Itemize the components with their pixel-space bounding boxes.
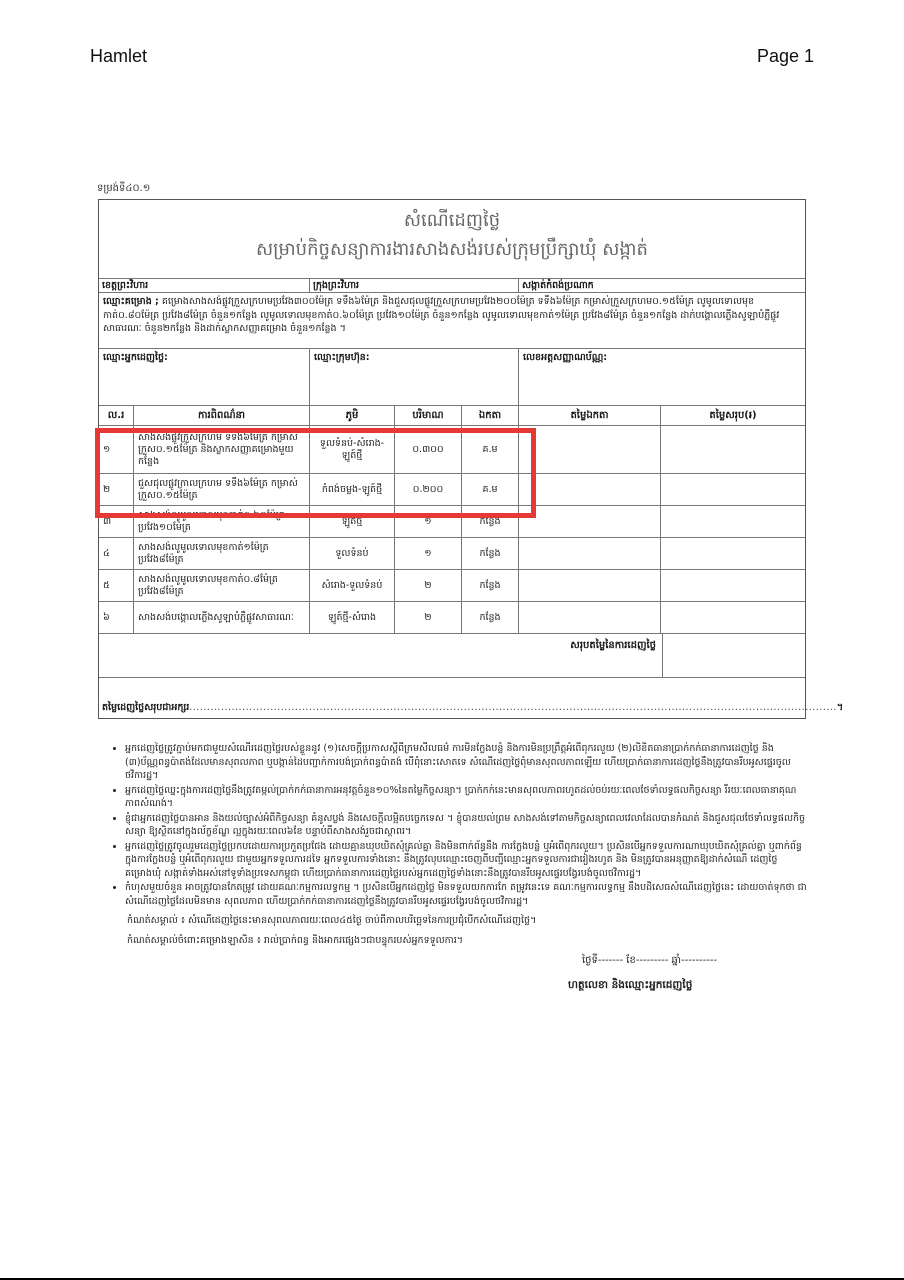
row-no: ២	[99, 474, 134, 505]
row-no: ៦	[99, 602, 134, 633]
note-item: អ្នកដេញថ្លៃឈ្នះក្នុងការដេញថ្លៃនឹងត្រូវតម…	[125, 784, 807, 811]
row-quantity: ០.២០០	[395, 474, 462, 505]
row-unit-price[interactable]	[519, 474, 661, 505]
table-row: ៦ សាងសង់បង្គោលភ្លើងសូឡាបំភ្លឺផ្លូវសាធារណ…	[99, 602, 805, 634]
col-unit-price: តម្លៃឯកតា	[519, 406, 661, 425]
row-unit: កន្លែង	[462, 538, 519, 569]
col-no: ល.រ	[99, 406, 134, 425]
row-unit-price[interactable]	[519, 506, 661, 537]
col-total: តម្លៃសរុប(៛)	[661, 406, 805, 425]
row-unit: កន្លែង	[462, 570, 519, 601]
bid-form: សំណើដេញថ្លៃ សម្រាប់កិច្ចសន្យាការងារសាងសង…	[98, 199, 806, 719]
province-cell: ខេត្តព្រះវិហារ	[99, 279, 310, 292]
city-cell: ក្រុងព្រះវិហារ	[310, 279, 519, 292]
commune-cell: សង្កាត់កំពង់ប្រណាក	[519, 279, 805, 292]
row-village: ឡូត៍ថ្មី-សំរោង	[310, 602, 395, 633]
row-no: ៤	[99, 538, 134, 569]
total-in-words-end: ។	[837, 702, 843, 713]
col-village: ភូមិ	[310, 406, 395, 425]
row-unit-price[interactable]	[519, 426, 661, 473]
row-total[interactable]	[661, 474, 805, 505]
row-description: សាងសង់លូមូលទោលមុខកាត់១ម៉ែត្រ ប្រវែង៨ម៉ែត…	[134, 538, 310, 569]
page-number: Page 1	[757, 46, 814, 67]
col-quantity: បរិមាណ	[395, 406, 462, 425]
form-subtitle: សម្រាប់កិច្ចសន្យាការងារសាងសង់របស់ក្រុមប្…	[99, 237, 805, 264]
notes-section: អ្នកដេញថ្លៃត្រូវភ្ជាប់មកជាមួយសំណើរដេញថ្ល…	[113, 742, 807, 947]
project-label: ឈ្មោះគម្រោង ;	[103, 296, 159, 307]
row-quantity: ១	[395, 506, 462, 537]
total-label: សរុបតម្លៃនៃការដេញថ្លៃ	[99, 634, 663, 677]
total-in-words-label: តម្លៃដេញថ្លៃសរុបជាអក្សរ	[102, 702, 189, 713]
date-line[interactable]: ថ្ងៃទី------- ខែ--------- ឆ្នាំ---------…	[582, 953, 717, 968]
row-total[interactable]	[661, 426, 805, 473]
row-unit: កន្លែង	[462, 506, 519, 537]
table-row: ២ ជួសជុលផ្លូវក្រាលក្រហម ទទឹង៦ម៉ែត្រ កម្រ…	[99, 474, 805, 506]
row-unit-price[interactable]	[519, 570, 661, 601]
signature-label: ហត្ថលេខា និងឈ្មោះអ្នកដេញថ្លៃ	[568, 979, 692, 994]
row-total[interactable]	[661, 538, 805, 569]
bidder-info-row: ឈ្មោះអ្នកដេញថ្លៃ: ឈ្មោះក្រុមហ៊ុន: លេខអត្…	[99, 349, 805, 406]
form-title: សំណើដេញថ្លៃ	[99, 200, 805, 235]
col-unit: ឯកតា	[462, 406, 519, 425]
total-in-words-row: តម្លៃដេញថ្លៃសរុបជាអក្សរ.................…	[99, 678, 805, 718]
row-village: កំពង់ចម្លង-ឡូត៍ថ្មី	[310, 474, 395, 505]
form-title-block: សំណើដេញថ្លៃ សម្រាប់កិច្ចសន្យាការងារសាងសង…	[99, 200, 805, 279]
project-description: ឈ្មោះគម្រោង ; គម្រោងសាងសង់ផ្លូវក្រួសក្រហ…	[99, 293, 805, 349]
total-value[interactable]	[663, 634, 805, 677]
row-unit: កន្លែង	[462, 602, 519, 633]
row-unit: គ.ម	[462, 426, 519, 473]
row-quantity: ២	[395, 570, 462, 601]
row-quantity: ០.៣០០	[395, 426, 462, 473]
row-total[interactable]	[661, 570, 805, 601]
note-item: កំហុសមួយចំនួន អាចត្រូវបានកែតម្រូវ ដោយគណៈ…	[125, 881, 807, 908]
note-item: អ្នកដេញថ្លៃត្រូវចូលរួមដេញថ្លៃប្រកបដោយការ…	[125, 840, 807, 881]
page-header: Hamlet Page 1	[90, 46, 814, 72]
row-village: ទួលទំនប់-សំរោង-ឡូត៍ថ្មី	[310, 426, 395, 473]
row-unit: គ.ម	[462, 474, 519, 505]
row-quantity: ១	[395, 538, 462, 569]
row-description: សាងសង់បង្គោលភ្លើងសូឡាបំភ្លឺផ្លូវសាធារណៈ	[134, 602, 310, 633]
project-text: គម្រោងសាងសង់ផ្លូវក្រួសក្រហមប្រវែង៣០០ម៉ែត…	[103, 296, 779, 334]
document-title: Hamlet	[90, 46, 147, 67]
note-item: ខ្ញុំជាអ្នកដេញថ្លៃបានអាន និងយល់ច្បាស់អំព…	[125, 812, 807, 839]
col-description: ការពិពណ៌នា	[134, 406, 310, 425]
remark-validity: កំណត់សម្គាល់ ៖ សំណើដេញថ្លៃនេះមានសុពលភាពរ…	[127, 914, 807, 928]
note-item: អ្នកដេញថ្លៃត្រូវភ្ជាប់មកជាមួយសំណើរដេញថ្ល…	[125, 742, 807, 783]
row-total[interactable]	[661, 602, 805, 633]
table-row: ៣ សាងសង់លូមូលទោលមុខកាត់០.៦០ម៉ែត្រ ប្រវែង…	[99, 506, 805, 538]
row-description: សាងសង់ផ្លូវក្រួសក្រហម ទទឹង៦ម៉ែត្រ កម្រាស…	[134, 426, 310, 473]
row-village: ឡូត៍ថ្មី	[310, 506, 395, 537]
row-description: សាងសង់លូមូលទោលមុខកាត់០.៦០ម៉ែត្រ ប្រវែង១០…	[134, 506, 310, 537]
remark-tax: កំណត់សម្គាល់ចំពោះគម្រោងឡាសិន ៖ រាល់ប្រាក…	[127, 934, 807, 948]
id-number-field[interactable]: លេខអត្តសញ្ញាណប័ណ្ណ:	[519, 349, 805, 405]
total-in-words-blank: ........................................…	[189, 702, 837, 713]
total-in-words[interactable]: តម្លៃដេញថ្លៃសរុបជាអក្សរ.................…	[102, 701, 843, 715]
form-code: ទម្រង់ទី៤០.១	[97, 181, 150, 196]
total-row: សរុបតម្លៃនៃការដេញថ្លៃ	[99, 634, 805, 678]
row-no: ៥	[99, 570, 134, 601]
row-unit-price[interactable]	[519, 538, 661, 569]
row-village: ទួលទំនប់	[310, 538, 395, 569]
row-unit-price[interactable]	[519, 602, 661, 633]
row-description: ជួសជុលផ្លូវក្រាលក្រហម ទទឹង៦ម៉ែត្រ កម្រាស…	[134, 474, 310, 505]
table-header: ល.រ ការពិពណ៌នា ភូមិ បរិមាណ ឯកតា តម្លៃឯកត…	[99, 406, 805, 426]
row-total[interactable]	[661, 506, 805, 537]
row-no: ១	[99, 426, 134, 473]
table-row: ៤ សាងសង់លូមូលទោលមុខកាត់១ម៉ែត្រ ប្រវែង៨ម៉…	[99, 538, 805, 570]
table-row: ៥ សាងសង់លូមូលទោលមុខកាត់០.៨ម៉ែត្រ ប្រវែង៨…	[99, 570, 805, 602]
row-description: សាងសង់លូមូលទោលមុខកាត់០.៨ម៉ែត្រ ប្រវែង៨ម៉…	[134, 570, 310, 601]
table-row: ១ សាងសង់ផ្លូវក្រួសក្រហម ទទឹង៦ម៉ែត្រ កម្រ…	[99, 426, 805, 474]
bidder-name-field[interactable]: ឈ្មោះអ្នកដេញថ្លៃ:	[99, 349, 310, 405]
row-no: ៣	[99, 506, 134, 537]
location-row: ខេត្តព្រះវិហារ ក្រុងព្រះវិហារ សង្កាត់កំព…	[99, 279, 805, 293]
row-village: សំរោង-ទួលទំនប់	[310, 570, 395, 601]
row-quantity: ២	[395, 602, 462, 633]
company-name-field[interactable]: ឈ្មោះក្រុមហ៊ុន:	[310, 349, 519, 405]
